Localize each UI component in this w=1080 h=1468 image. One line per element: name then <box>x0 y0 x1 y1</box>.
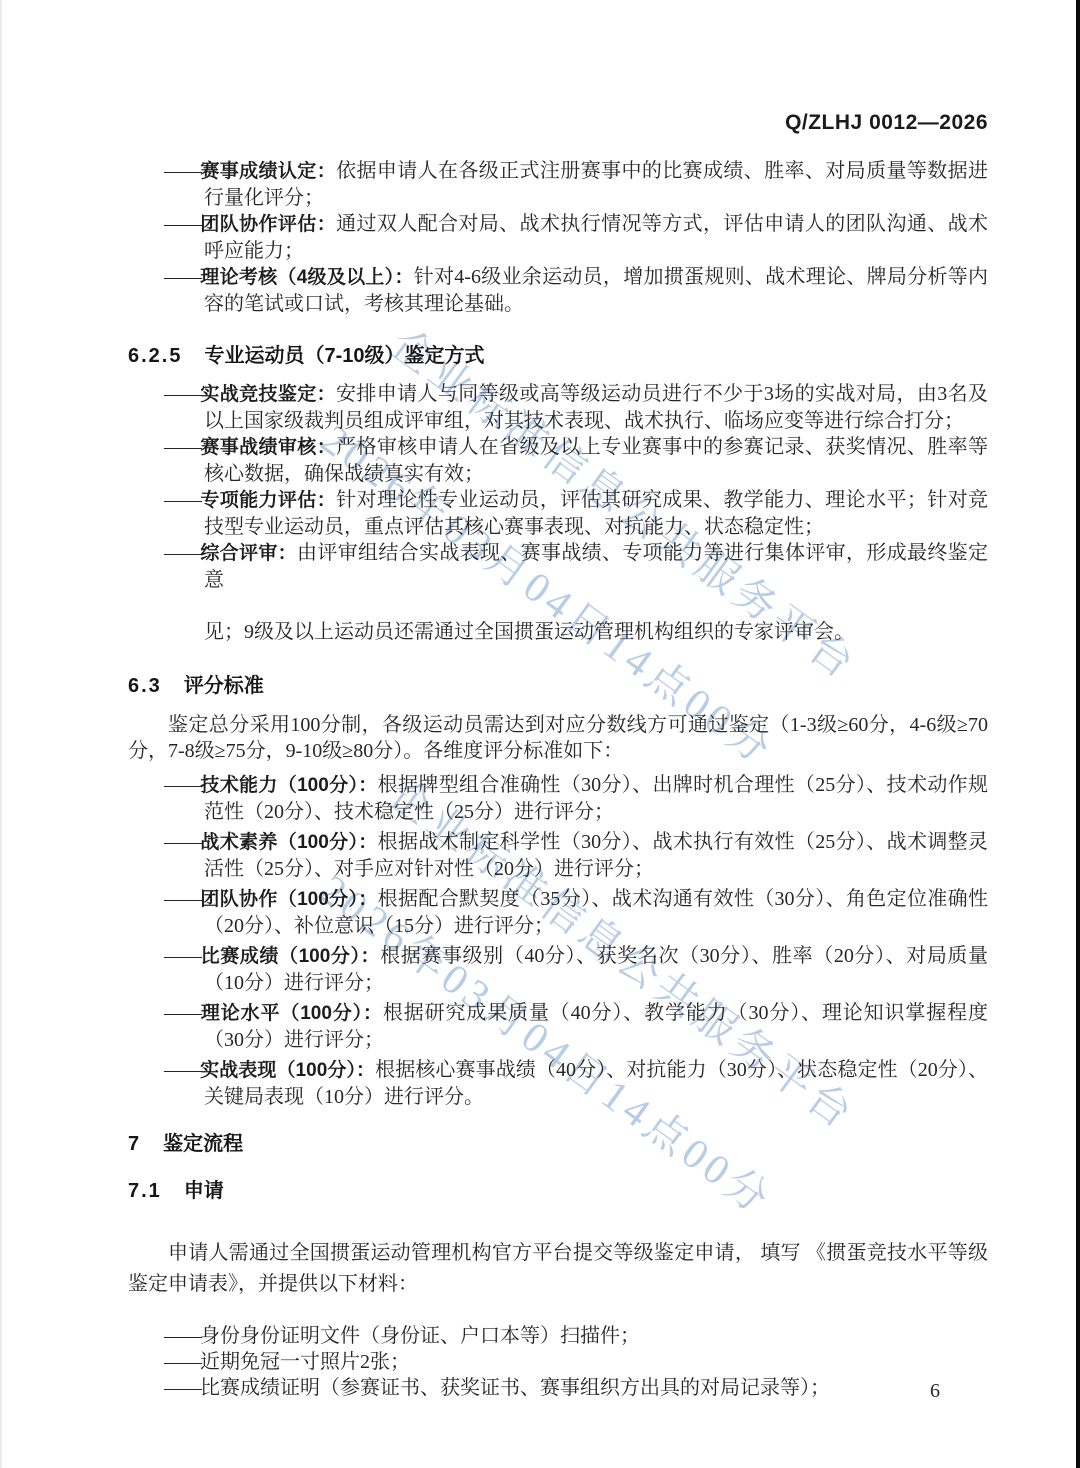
dash-glyph: —— <box>164 542 200 564</box>
item-label: 实战竞技鉴定： <box>200 384 336 405</box>
item-label: 比赛成绩（100分）： <box>200 946 380 967</box>
item-label: 实战表现（100分）： <box>200 1060 375 1081</box>
item-label: 赛事战绩审核： <box>200 437 336 458</box>
section-heading-7-1: 7.1申请 <box>128 1178 988 1204</box>
item-label: 团队协作（100分）： <box>200 889 378 910</box>
item-label: 理论水平（100分）： <box>200 1003 383 1024</box>
list-item: ——团队协作评估：通过双人配合对局、战术执行情况等方式，评估申请人的团队沟通、战… <box>128 211 988 264</box>
section-heading-7: 7鉴定流程 <box>128 1131 988 1157</box>
list-item: ——专项能力评估：针对理论性专业运动员，评估其研究成果、教学能力、理论水平；针对… <box>128 487 988 540</box>
standard-number-header: Q/ZLHJ 0012—2026 <box>128 110 988 136</box>
dash-glyph: —— <box>164 436 200 458</box>
list-item: ——战术素养（100分）：根据战术制定科学性（30分）、战术执行有效性（25分）… <box>128 829 988 882</box>
list-item: ——近期免冠一寸照片2张； <box>128 1349 988 1375</box>
left-page-edge-line <box>0 0 2 1468</box>
item-label: 综合评审： <box>200 543 297 564</box>
section-number: 7 <box>128 1133 141 1155</box>
dash-glyph: —— <box>164 1059 200 1081</box>
right-page-edge-line <box>1076 0 1080 1468</box>
section-title: 鉴定流程 <box>163 1133 243 1155</box>
section-number: 7.1 <box>128 1180 162 1202</box>
item-text: 由评审组结合实战表现、赛事战绩、专项能力等进行集体评审，形成最终鉴定意 <box>204 542 988 591</box>
dash-glyph: —— <box>164 1377 200 1399</box>
dash-glyph: —— <box>164 1325 200 1347</box>
dash-glyph: —— <box>164 266 200 288</box>
list-item: ——赛事成绩认定：依据申请人在各级正式注册赛事中的比赛成绩、胜率、对局质量等数据… <box>128 158 988 211</box>
item-text: 近期免冠一寸照片2张； <box>200 1351 410 1373</box>
list-item: ——综合评审：由评审组结合实战表现、赛事战绩、专项能力等进行集体评审，形成最终鉴… <box>128 540 988 593</box>
item-text: 比赛成绩证明（参赛证书、获奖证书、赛事组织方出具的对局记录等）； <box>200 1377 830 1399</box>
dash-glyph: —— <box>164 1002 200 1024</box>
item-label: 战术素养（100分）： <box>200 832 378 853</box>
item-continuation-line: 见；9级及以上运动员还需通过全国掼蛋运动管理机构组织的专家评审会。 <box>128 619 988 645</box>
list-item: ——实战表现（100分）：根据核心赛事战绩（40分）、对抗能力（30分）、状态稳… <box>128 1057 988 1110</box>
application-materials-list: ——身份身份证明文件（身份证、户口本等）扫描件； ——近期免冠一寸照片2张； —… <box>128 1323 988 1401</box>
page-number: 6 <box>930 1378 940 1404</box>
dash-glyph: —— <box>164 831 200 853</box>
section-number: 6.3 <box>128 675 162 697</box>
section-heading-6-3: 6.3评分标准 <box>128 673 988 699</box>
document-page: 企业标准信息公共服务平台 2026年03月04日14点00分 企业标准信息公共服… <box>0 0 1080 1468</box>
list-item: ——赛事战绩审核：严格审核申请人在省级及以上专业赛事中的参赛记录、获奖情况、胜率… <box>128 434 988 487</box>
amateur-methods-list: ——赛事成绩认定：依据申请人在各级正式注册赛事中的比赛成绩、胜率、对局质量等数据… <box>128 158 988 317</box>
professional-methods-list: ——实战竞技鉴定：安排申请人与同等级或高等级运动员进行不少于3场的实战对局，由3… <box>128 381 988 645</box>
list-item: ——身份身份证明文件（身份证、户口本等）扫描件； <box>128 1323 988 1349</box>
dash-glyph: —— <box>164 489 200 511</box>
dash-glyph: —— <box>164 1351 200 1373</box>
list-item: ——技术能力（100分）：根据牌型组合准确性（30分）、出牌时机合理性（25分）… <box>128 772 988 825</box>
list-item: ——比赛成绩证明（参赛证书、获奖证书、赛事组织方出具的对局记录等）； <box>128 1375 988 1401</box>
dash-glyph: —— <box>164 213 200 235</box>
section-title: 评分标准 <box>184 675 264 697</box>
section-title: 申请 <box>184 1180 224 1202</box>
dash-glyph: —— <box>164 383 200 405</box>
scoring-criteria-list: ——技术能力（100分）：根据牌型组合准确性（30分）、出牌时机合理性（25分）… <box>128 772 988 1110</box>
item-label: 赛事成绩认定： <box>200 161 336 182</box>
list-item: ——理论考核（4级及以上）：针对4-6级业余运动员，增加掼蛋规则、战术理论、牌局… <box>128 264 988 317</box>
item-label: 专项能力评估： <box>200 490 336 511</box>
list-item: ——实战竞技鉴定：安排申请人与同等级或高等级运动员进行不少于3场的实战对局，由3… <box>128 381 988 434</box>
section-heading-6-2-5: 6.2.5专业运动员（7-10级）鉴定方式 <box>128 343 988 369</box>
item-label: 技术能力（100分）： <box>200 775 378 796</box>
list-item: ——团队协作（100分）：根据配合默契度（35分）、战术沟通有效性（30分）、角… <box>128 886 988 939</box>
list-item: ——理论水平（100分）：根据研究成果质量（40分）、教学能力（30分）、理论知… <box>128 1000 988 1053</box>
list-item: ——比赛成绩（100分）：根据赛事级别（40分）、获奖名次（30分）、胜率（20… <box>128 943 988 996</box>
item-text: 身份身份证明文件（身份证、户口本等）扫描件； <box>200 1325 640 1347</box>
dash-glyph: —— <box>164 945 200 967</box>
section-number: 6.2.5 <box>128 345 182 367</box>
scoring-intro-paragraph: 鉴定总分采用100分制，各级运动员需达到对应分数线方可通过鉴定（1-3级≥60分… <box>128 712 988 764</box>
dash-glyph: —— <box>164 888 200 910</box>
item-label: 团队协作评估： <box>200 214 336 235</box>
dash-glyph: —— <box>164 774 200 796</box>
item-label: 理论考核（4级及以上）： <box>200 267 414 288</box>
dash-glyph: —— <box>164 160 200 182</box>
page-content: Q/ZLHJ 0012—2026 ——赛事成绩认定：依据申请人在各级正式注册赛事… <box>128 0 988 1401</box>
application-paragraph: 申请人需通过全国掼蛋运动管理机构官方平台提交等级鉴定申请， 填写 《掼蛋竞技水平… <box>128 1238 988 1300</box>
section-title: 专业运动员（7-10级）鉴定方式 <box>204 345 484 367</box>
